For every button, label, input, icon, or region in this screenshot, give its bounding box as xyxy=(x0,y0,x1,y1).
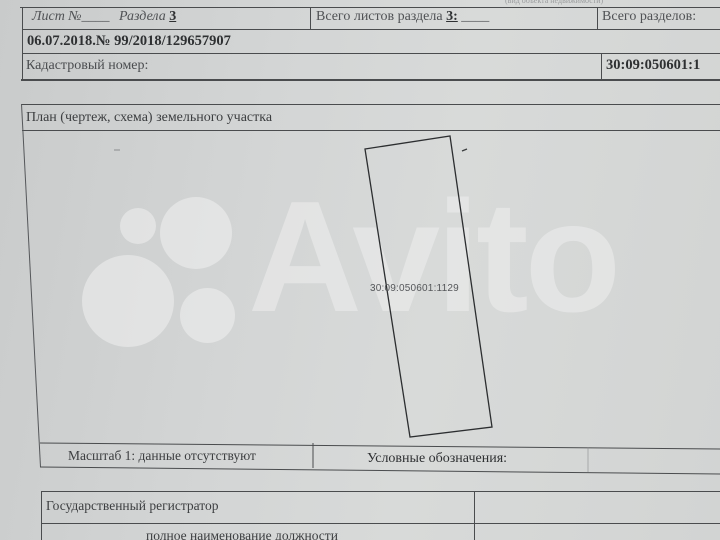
registrar-label: Государственный регистратор xyxy=(46,498,219,514)
position-caption: полное наименование должности xyxy=(146,528,338,540)
scale-label: Масштаб 1: данные отсутствуют xyxy=(68,448,256,464)
legend-label: Условные обозначения: xyxy=(367,451,507,467)
parcel-cadastral-label: 30:09:050601:1129 xyxy=(370,283,459,294)
